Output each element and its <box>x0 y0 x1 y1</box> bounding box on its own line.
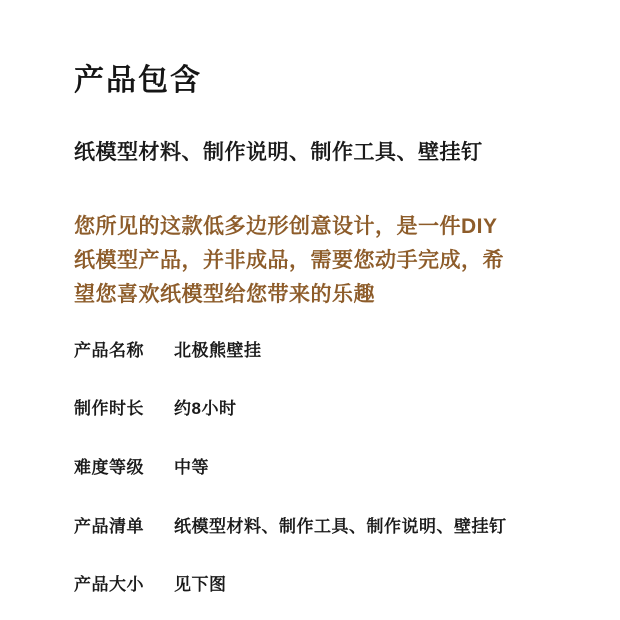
product-includes-list: 纸模型材料、制作说明、制作工具、壁挂钉 <box>74 141 550 164</box>
intro-line-3: 望您喜欢纸模型给您带来的乐趣 <box>74 278 550 312</box>
intro-line-1: 您所见的这款低多边形创意设计，是一件DIY <box>74 210 550 244</box>
intro-line-2: 纸模型产品，并非成品，需要您动手完成，希 <box>74 244 550 278</box>
spec-row-difficulty: 难度等级 中等 <box>74 459 550 478</box>
spec-row-build-time: 制作时长 约8小时 <box>74 400 550 419</box>
spec-label-size: 产品大小 <box>74 576 174 595</box>
spec-label-contents: 产品清单 <box>74 518 174 537</box>
spec-value-size: 见下图 <box>174 576 227 595</box>
spec-value-contents: 纸模型材料、制作工具、制作说明、壁挂钉 <box>174 518 507 537</box>
spec-label-build-time: 制作时长 <box>74 400 174 419</box>
spec-value-product-name: 北极熊壁挂 <box>174 342 262 361</box>
spec-label-product-name: 产品名称 <box>74 342 174 361</box>
spec-value-build-time: 约8小时 <box>174 400 236 419</box>
spec-table: 产品名称 北极熊壁挂 制作时长 约8小时 难度等级 中等 产品清单 纸模型材料、… <box>74 342 550 595</box>
page-title: 产品包含 <box>74 64 550 99</box>
spec-row-size: 产品大小 见下图 <box>74 576 550 595</box>
spec-row-product-name: 产品名称 北极熊壁挂 <box>74 342 550 361</box>
product-description-page: 产品包含 纸模型材料、制作说明、制作工具、壁挂钉 您所见的这款低多边形创意设计，… <box>0 0 620 620</box>
spec-value-difficulty: 中等 <box>174 459 209 478</box>
spec-row-contents: 产品清单 纸模型材料、制作工具、制作说明、壁挂钉 <box>74 518 550 537</box>
intro-paragraph: 您所见的这款低多边形创意设计，是一件DIY 纸模型产品，并非成品，需要您动手完成… <box>74 210 550 312</box>
spec-label-difficulty: 难度等级 <box>74 459 174 478</box>
